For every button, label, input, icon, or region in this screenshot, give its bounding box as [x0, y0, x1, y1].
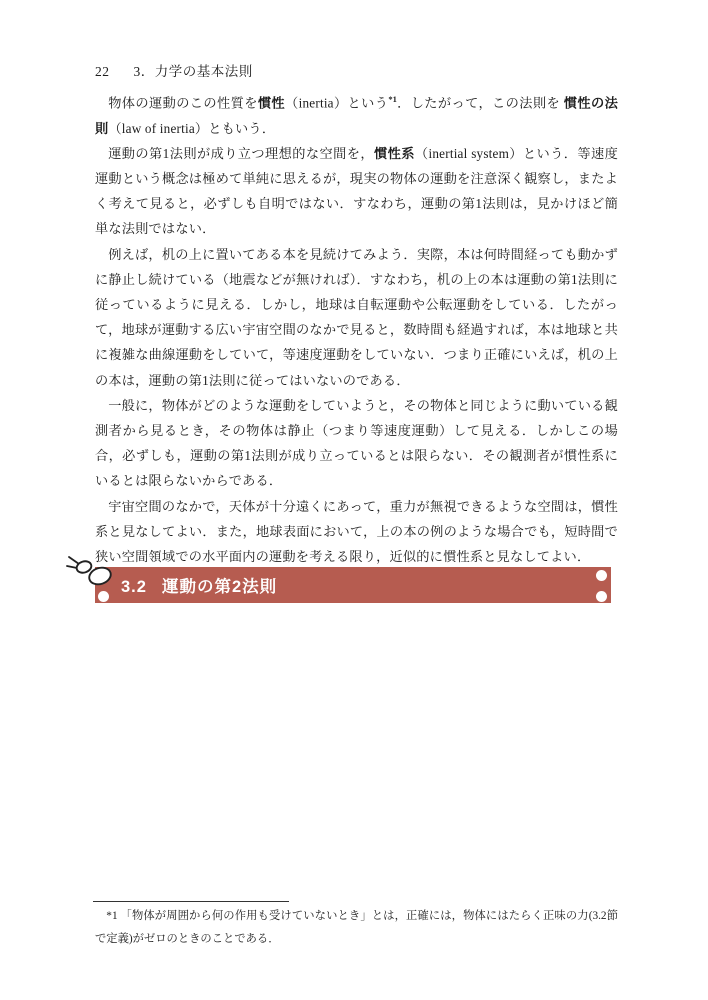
textbook-page: 223．力学の基本法則 物体の運動のこの性質を慣性（inertia）という*1．…: [0, 0, 708, 1000]
banner-dot: [596, 570, 607, 581]
footnote-rule: [93, 901, 289, 902]
banner-dot: [596, 591, 607, 602]
section-heading-banner: 3.2運動の第2法則: [95, 567, 611, 603]
paragraph: 運動の第1法則が成り立つ理想的な空間を，慣性系（inertial system）…: [95, 141, 618, 242]
page-number: 22: [95, 64, 110, 79]
section-number: 3.2: [121, 578, 147, 596]
paragraph: 一般に，物体がどのような運動をしていようと，その物体と同じように動いている観測者…: [95, 393, 618, 494]
section-title: 運動の第2法則: [162, 578, 277, 596]
handwritten-doodle-icon: [62, 547, 116, 595]
footnote: *1 「物体が周囲から何の作用も受けていないとき」とは，正確には，物体にはたらく…: [95, 905, 618, 950]
section-3-1-text: 物体の運動のこの性質を慣性（inertia）という*1．したがって，この法則を …: [95, 87, 618, 569]
paragraph: *1 「物体が周囲から何の作用も受けていないとき」とは，正確には，物体にはたらく…: [95, 905, 618, 950]
running-head: 223．力学の基本法則: [95, 60, 253, 80]
paragraph: 例えば，机の上に置いてある本を見続けてみよう．実際，本は何時間経っても動かずに静…: [95, 242, 618, 393]
section-heading: 3.2運動の第2法則: [95, 573, 277, 597]
paragraph: 物体の運動のこの性質を慣性（inertia）という*1．したがって，この法則を …: [95, 87, 618, 141]
paragraph: 宇宙空間のなかで，天体が十分遠くにあって，重力が無視できるような空間は，慣性系と…: [95, 494, 618, 570]
chapter-title: 3．力学の基本法則: [134, 64, 253, 79]
